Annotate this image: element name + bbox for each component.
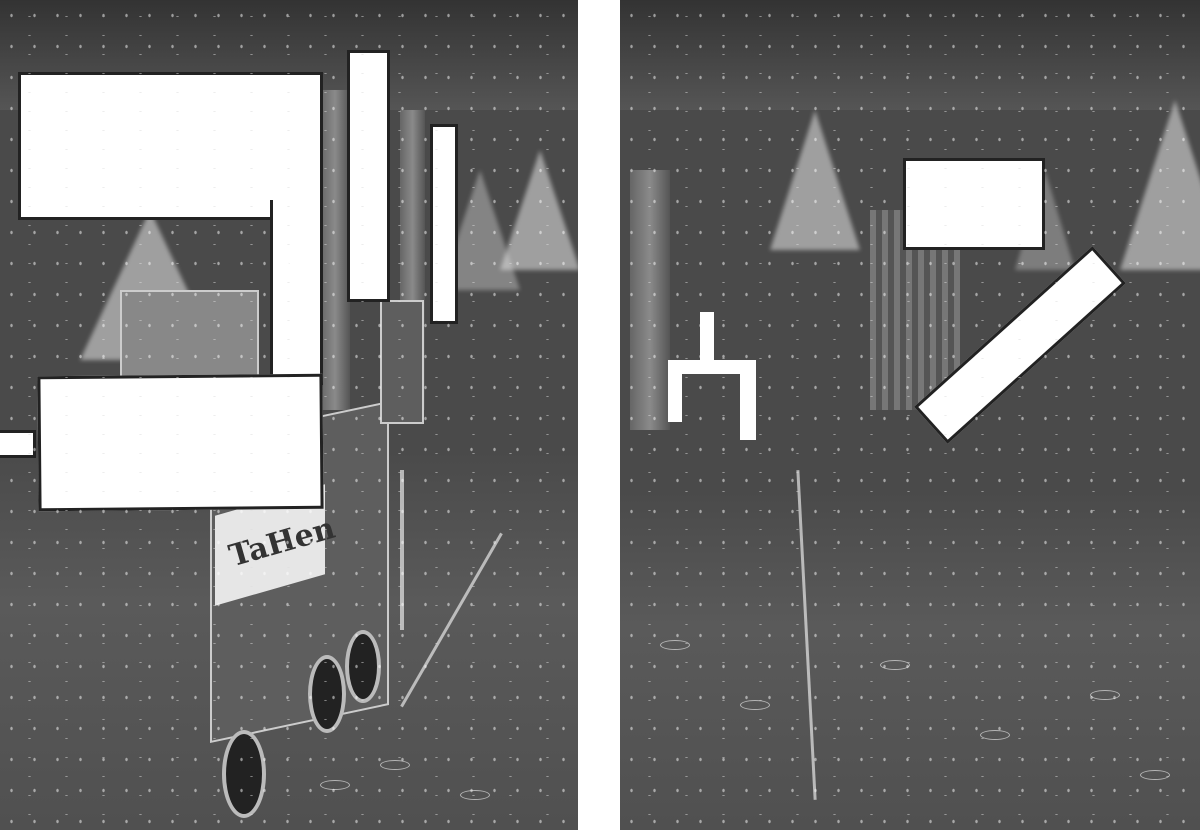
blank-panel <box>270 200 323 385</box>
puddle <box>660 640 690 650</box>
street-lamp-light <box>1120 100 1200 270</box>
blank-panel <box>430 124 458 324</box>
left-page: TaHen <box>0 0 578 830</box>
blank-panel <box>37 374 323 511</box>
truck-wheel <box>345 630 381 703</box>
blank-panel <box>668 360 682 422</box>
street-lamp-light <box>770 110 860 250</box>
street-floor <box>620 490 1200 830</box>
blank-panel <box>0 430 36 458</box>
right-page <box>620 0 1200 830</box>
puddle <box>320 780 350 790</box>
blank-panel <box>347 50 390 302</box>
ceiling <box>620 0 1200 110</box>
truck-wheel <box>222 730 266 818</box>
truck-wheel <box>308 655 346 733</box>
truck <box>380 300 424 424</box>
pillar <box>320 90 350 410</box>
puddle <box>1140 770 1170 780</box>
puddle <box>460 790 490 800</box>
page-gutter <box>578 0 620 830</box>
blank-panel <box>903 158 1045 250</box>
puddle <box>740 700 770 710</box>
blank-panel <box>18 72 323 220</box>
puddle <box>880 660 910 670</box>
blank-panel <box>740 360 756 440</box>
puddle <box>1090 690 1120 700</box>
reflection <box>400 470 404 630</box>
distant-truck <box>120 290 259 384</box>
puddle <box>380 760 410 770</box>
pillar <box>630 170 670 430</box>
puddle <box>980 730 1010 740</box>
